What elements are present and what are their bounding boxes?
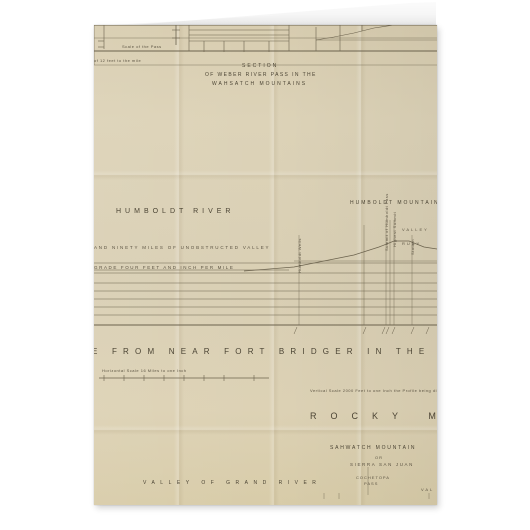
or-label: OR	[375, 455, 383, 460]
valley-of-grand-river-label: VALLEY OF GRAND RIVER	[143, 480, 321, 486]
scale-of-pass-note: Scale of the Pass	[122, 44, 162, 49]
greeting-card-front: Scale of the Pass of 12 feet to the mile…	[94, 25, 437, 505]
humboldt-mountains-label: HUMBOLDT MOUNTAINS	[350, 200, 437, 206]
cochetopa-label: COCHETOPA	[356, 475, 390, 480]
vertical-note-highest: Highest Summit	[392, 212, 397, 247]
wahsatch-mountains-label: WAHSATCH MOUNTAINS	[212, 81, 307, 87]
val-edge-label: VAL	[421, 487, 434, 492]
edge-note: of 12 feet to the mile	[94, 58, 141, 63]
humboldt-river-label: HUMBOLDT RIVER	[116, 208, 235, 215]
main-map-title: E FROM NEAR FORT BRIDGER IN THE VALLEY O…	[94, 347, 437, 356]
grade-text: GRADE FOUR FEET AND INCH PER MILE	[94, 265, 234, 270]
sierra-san-juan-label: SIERRA SAN JUAN	[350, 462, 414, 467]
unobstructed-valley-text: AND NINETY MILES OF UNOBSTRUCTED VALLEY	[94, 245, 270, 250]
section-subtitle: OF WEBER RIVER PASS IN THE	[205, 72, 317, 78]
vertical-note-humboldt-wells: Humboldt Wells	[297, 238, 302, 273]
sahwatch-mountain-label: SAHWATCH MOUNTAIN	[330, 445, 416, 451]
vertical-note-station: Station	[410, 239, 415, 255]
horizontal-scale-label: Horizontal Scale 16 Miles to one Inch	[102, 368, 187, 373]
section-title: SECTION	[242, 63, 278, 69]
rocky-mountains-label: ROCKY MO	[310, 411, 437, 421]
vertical-scale-label: Vertical Scale 2000 Feet to one Inch the…	[310, 388, 437, 393]
vertical-note-summit: Summit of Humboldt Pass	[384, 193, 389, 251]
valley-label: VALLEY	[402, 227, 429, 232]
pass-label: PASS	[364, 481, 378, 486]
